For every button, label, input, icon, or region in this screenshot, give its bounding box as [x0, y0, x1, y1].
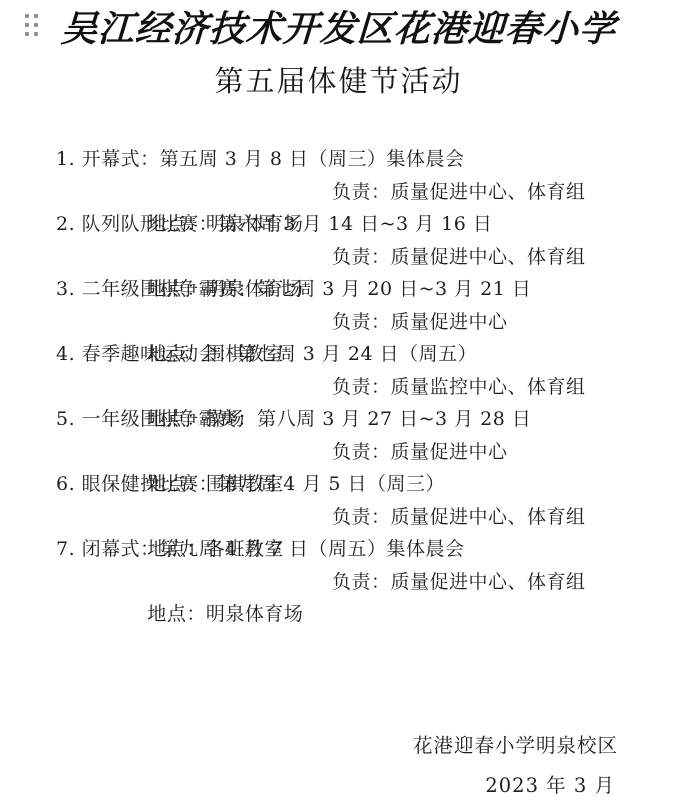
event-responsible: 负责：质量促进中心、体育组: [332, 176, 586, 209]
event-details: 地点：明泉体育场 负责：质量促进中心、体育组: [56, 566, 636, 599]
event-details: 地点：明泉体育场 负责：质量促进中心、体育组: [56, 176, 636, 209]
event-details: 地点：各班教室 负责：质量促进中心、体育组: [56, 501, 636, 534]
event-list: 1. 开幕式：第五周 3 月 8 日（周三）集体晨会 地点：明泉体育场 负责：质…: [56, 143, 636, 598]
event-location: 地点：围棋教室: [147, 343, 284, 365]
event-details: 地点：操场 负责：质量监控中心、体育组: [56, 371, 636, 404]
event-location: 地点：明泉体育场: [147, 278, 303, 300]
document-title: 第五届体健节活动: [0, 60, 677, 102]
footer-date: 2023 年 3 月: [485, 770, 615, 798]
event-responsible: 负责：质量促进中心: [332, 436, 508, 469]
event-responsible: 负责：质量促进中心: [332, 306, 508, 339]
event-location: 地点：围棋教室: [147, 473, 284, 495]
event-item: 1. 开幕式：第五周 3 月 8 日（周三）集体晨会 地点：明泉体育场 负责：质…: [56, 143, 636, 208]
event-details: 地点：明泉体育场 负责：质量促进中心、体育组: [56, 241, 636, 274]
event-responsible: 负责：质量促进中心、体育组: [332, 241, 586, 274]
event-location: 地点：明泉体育场: [147, 213, 303, 235]
event-responsible: 负责：质量促进中心、体育组: [332, 501, 586, 534]
event-location: 地点：各班教室: [147, 538, 284, 560]
event-responsible: 负责：质量促进中心、体育组: [332, 566, 586, 599]
event-responsible: 负责：质量监控中心、体育组: [332, 371, 586, 404]
school-name-calligraphy: 吴江经济技术开发区花港迎春小学: [0, 4, 677, 54]
event-title: 1. 开幕式：第五周 3 月 8 日（周三）集体晨会: [56, 143, 636, 176]
document-page: 吴江经济技术开发区花港迎春小学 第五届体健节活动 1. 开幕式：第五周 3 月 …: [0, 0, 677, 802]
event-location: 地点：明泉体育场: [147, 603, 303, 625]
event-location: 地点：操场: [147, 408, 245, 430]
event-details: 地点：围棋教室 负责：质量促进中心: [56, 306, 636, 339]
footer-campus: 花港迎春小学明泉校区: [413, 730, 618, 758]
event-details: 地点：围棋教室 负责：质量促进中心: [56, 436, 636, 469]
